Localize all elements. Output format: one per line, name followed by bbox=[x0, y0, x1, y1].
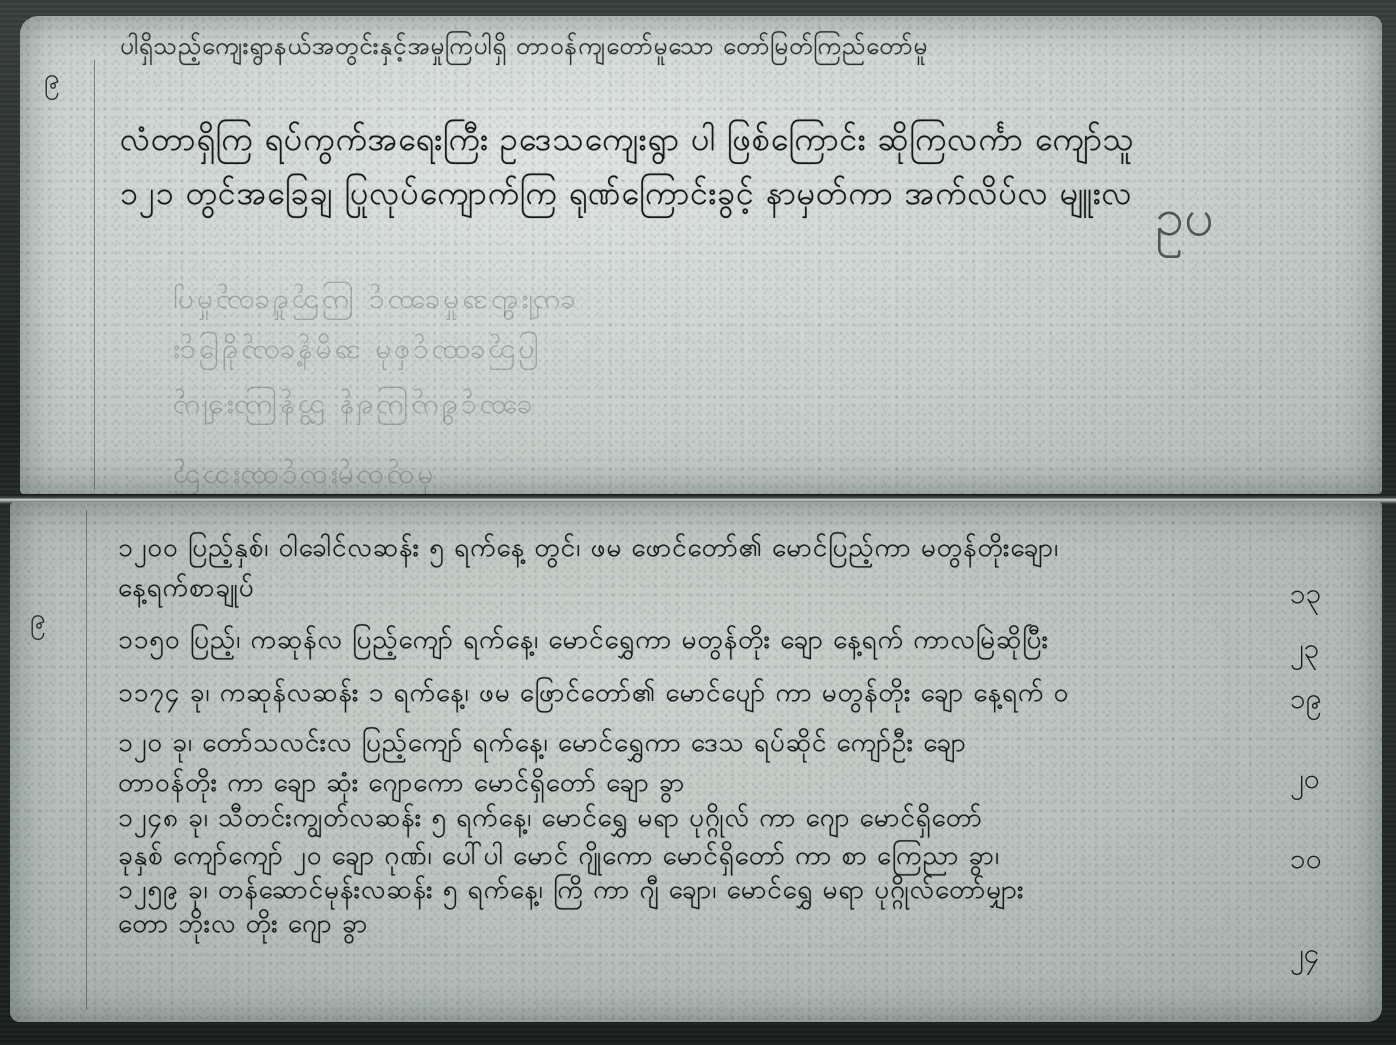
text-line-bottom-7: ၁၂၄၈ ခု၊ သီတင်းကျွတ်လဆန်း ၅ ရက်နေ့၊ မောင… bbox=[118, 800, 983, 839]
text-line-bottom-3: ၁၁၅၀ ပြည့်၊ ကဆုန်လ ပြည့်ကျော် ရက်နေ့၊ မေ… bbox=[118, 622, 1049, 661]
bleed-through-line: မှတ်တမ်းတင်ထားသည် bbox=[170, 455, 433, 497]
bleed-through-line: ဆောင်ရွက်ကြရန် ညွှန်ကြားချက် bbox=[170, 385, 532, 427]
margin-rule-top bbox=[94, 60, 95, 490]
text-line-top-2: ၁၂၁ တွင်အခြေချ ပြုလုပ်ကျောက်ကြ ရုဏ်ကြောင… bbox=[120, 172, 1133, 220]
text-line-top-1: လံတာရှိကြ ရပ်ကွက်အရေးကြီး ဥဒေသကျေးရွာ ပါ… bbox=[120, 118, 1135, 166]
signature-flourish: ဥပ bbox=[1155, 185, 1214, 261]
margin-number: ၂၃ bbox=[1290, 630, 1320, 672]
header-line: ပါရှိသည့်ကျေးရွာနယ်အတွင်းနှင့်အမှုကြပါရှ… bbox=[120, 30, 928, 66]
margin-number: ၁၉ bbox=[1290, 680, 1322, 722]
text-line-bottom-5: ၁၂၀ ခု၊ တော်သလင်းလ ပြည့်ကျော် ရက်နေ့၊ မေ… bbox=[118, 725, 967, 764]
text-line-bottom-6: တာဝန်တိုး ကာ ချော ဆုံး ဂျောကော မောင်ရှိတ… bbox=[118, 765, 685, 804]
page-marker-bottom: ၉ bbox=[30, 600, 46, 642]
bleed-through-line: ပြည်ထောင်စုမှ အမိန့်တော်ရှိခြင်း bbox=[170, 330, 539, 372]
margin-number: ၁၃ bbox=[1290, 575, 1322, 617]
margin-rule-bottom bbox=[86, 510, 87, 1010]
text-line-bottom-10: တော ဘိုးလ တိုး ဂျော ခွာ bbox=[118, 906, 368, 945]
margin-number: ၁၀ bbox=[1290, 840, 1322, 882]
text-line-bottom-1: ၁၂၀၀ ပြည့်နှစ်၊ ဝါခေါင်လဆန်း ၅ ရက်နေ့ တွ… bbox=[118, 530, 1059, 569]
margin-number: ၂၀ bbox=[1290, 760, 1320, 802]
text-line-bottom-4: ၁၁၇၄ ခု၊ ကဆုန်လဆန်း ၁ ရက်နေ့၊ ဖမ ဖြောင်တ… bbox=[118, 675, 1069, 714]
page-marker-top: ၉ bbox=[44, 60, 60, 102]
margin-number: ၂၄ bbox=[1290, 935, 1320, 977]
bleed-through-line: ကျေးရွာအမှုဆောင် ကြည်ရှုတော်မူပါ bbox=[170, 280, 576, 322]
text-line-bottom-2: နေ့ရက်စာချုပ် bbox=[118, 570, 255, 609]
